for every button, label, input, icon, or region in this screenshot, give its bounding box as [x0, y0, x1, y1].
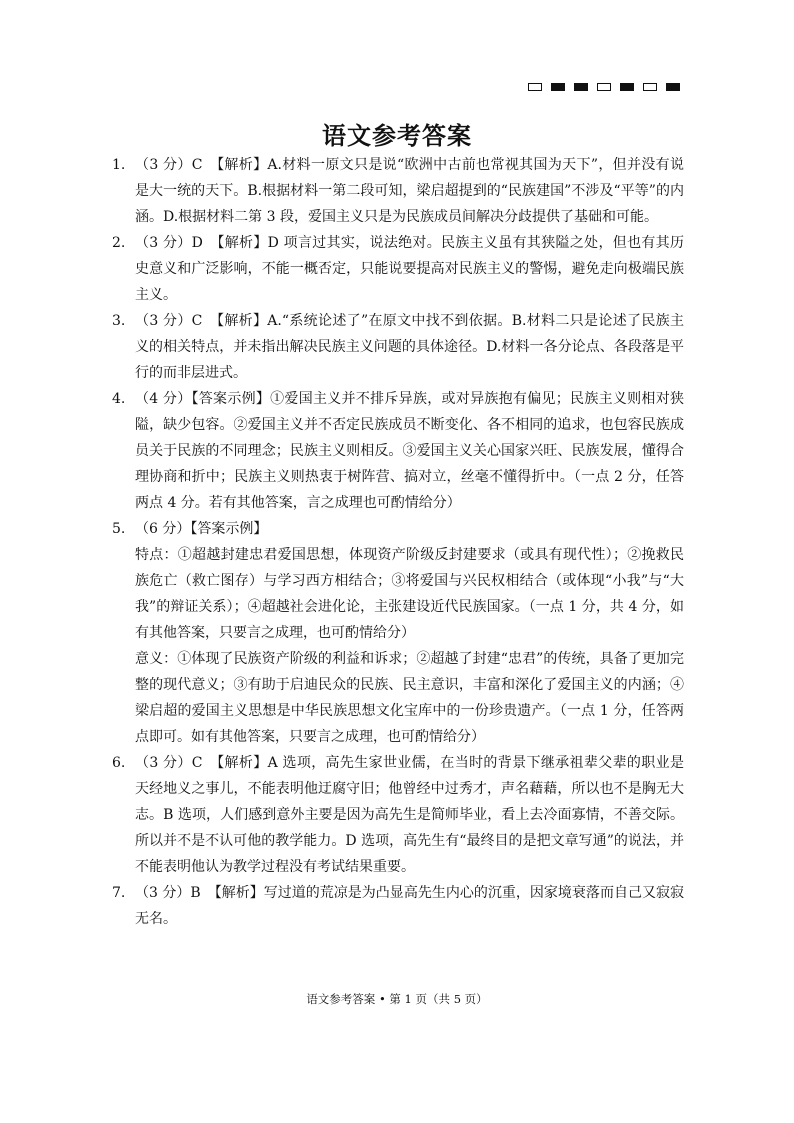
item-number: 3. [112, 308, 125, 334]
answer-list: 1. （3 分）C 【解析】A.材料一原文只是说“欧洲中古前也常视其国为天下”，… [112, 152, 684, 932]
item-features: 特点：①超越封建忠君爱国思想，体现资产阶级反封建要求（或具有现代性）；②挽救民族… [135, 542, 684, 646]
header-mark [666, 83, 680, 91]
answer-item-4: 4. （4 分）【答案示例】①爱国主义并不排斥异族，或对异族抱有偏见；民族主义则… [112, 386, 684, 516]
header-mark [551, 83, 565, 91]
item-number: 6. [112, 750, 125, 776]
header-marks [528, 83, 680, 91]
page-title: 语文参考答案 [0, 116, 794, 151]
item-text: （3 分）C 【解析】A.“系统论述了”在原文中找不到依据。B.材料二只是论述了… [135, 308, 684, 386]
header-mark [620, 83, 634, 91]
item-text: （3 分）C 【解析】A.材料一原文只是说“欧洲中古前也常视其国为天下”，但并没… [135, 152, 684, 230]
item-number: 1. [112, 152, 125, 178]
item-text: （3 分）B 【解析】写过道的荒凉是为凸显高先生内心的沉重，因家境衰落而自己又寂… [135, 880, 684, 932]
answer-item-1: 1. （3 分）C 【解析】A.材料一原文只是说“欧洲中古前也常视其国为天下”，… [112, 152, 684, 230]
item-significance: 意义：①体现了民族资产阶级的利益和诉求；②超越了封建“忠君”的传统，具备了更加完… [135, 646, 684, 750]
header-mark [597, 83, 611, 91]
page-footer: 语文参考答案 • 第 1 页（共 5 页） [0, 991, 794, 1007]
item-text: （3 分）C 【解析】A 选项，高先生家世业儒，在当时的背景下继承祖辈父辈的职业… [135, 750, 684, 880]
item-number: 5. [112, 516, 125, 542]
header-mark [643, 83, 657, 91]
header-mark [528, 83, 542, 91]
item-text: （4 分）【答案示例】①爱国主义并不排斥异族，或对异族抱有偏见；民族主义则相对狭… [135, 386, 684, 516]
answer-item-7: 7. （3 分）B 【解析】写过道的荒凉是为凸显高先生内心的沉重，因家境衰落而自… [112, 880, 684, 932]
answer-item-6: 6. （3 分）C 【解析】A 选项，高先生家世业儒，在当时的背景下继承祖辈父辈… [112, 750, 684, 880]
answer-item-5: 5. （6 分）【答案示例】 特点：①超越封建忠君爱国思想，体现资产阶级反封建要… [112, 516, 684, 750]
answer-item-3: 3. （3 分）C 【解析】A.“系统论述了”在原文中找不到依据。B.材料二只是… [112, 308, 684, 386]
item-text: （3 分）D 【解析】D 项言过其实，说法绝对。民族主义虽有其狭隘之处，但也有其… [135, 230, 684, 308]
item-heading: （6 分）【答案示例】 [135, 516, 684, 542]
header-mark [574, 83, 588, 91]
item-number: 7. [112, 880, 125, 906]
item-number: 4. [112, 386, 125, 412]
item-number: 2. [112, 230, 125, 256]
answer-item-2: 2. （3 分）D 【解析】D 项言过其实，说法绝对。民族主义虽有其狭隘之处，但… [112, 230, 684, 308]
